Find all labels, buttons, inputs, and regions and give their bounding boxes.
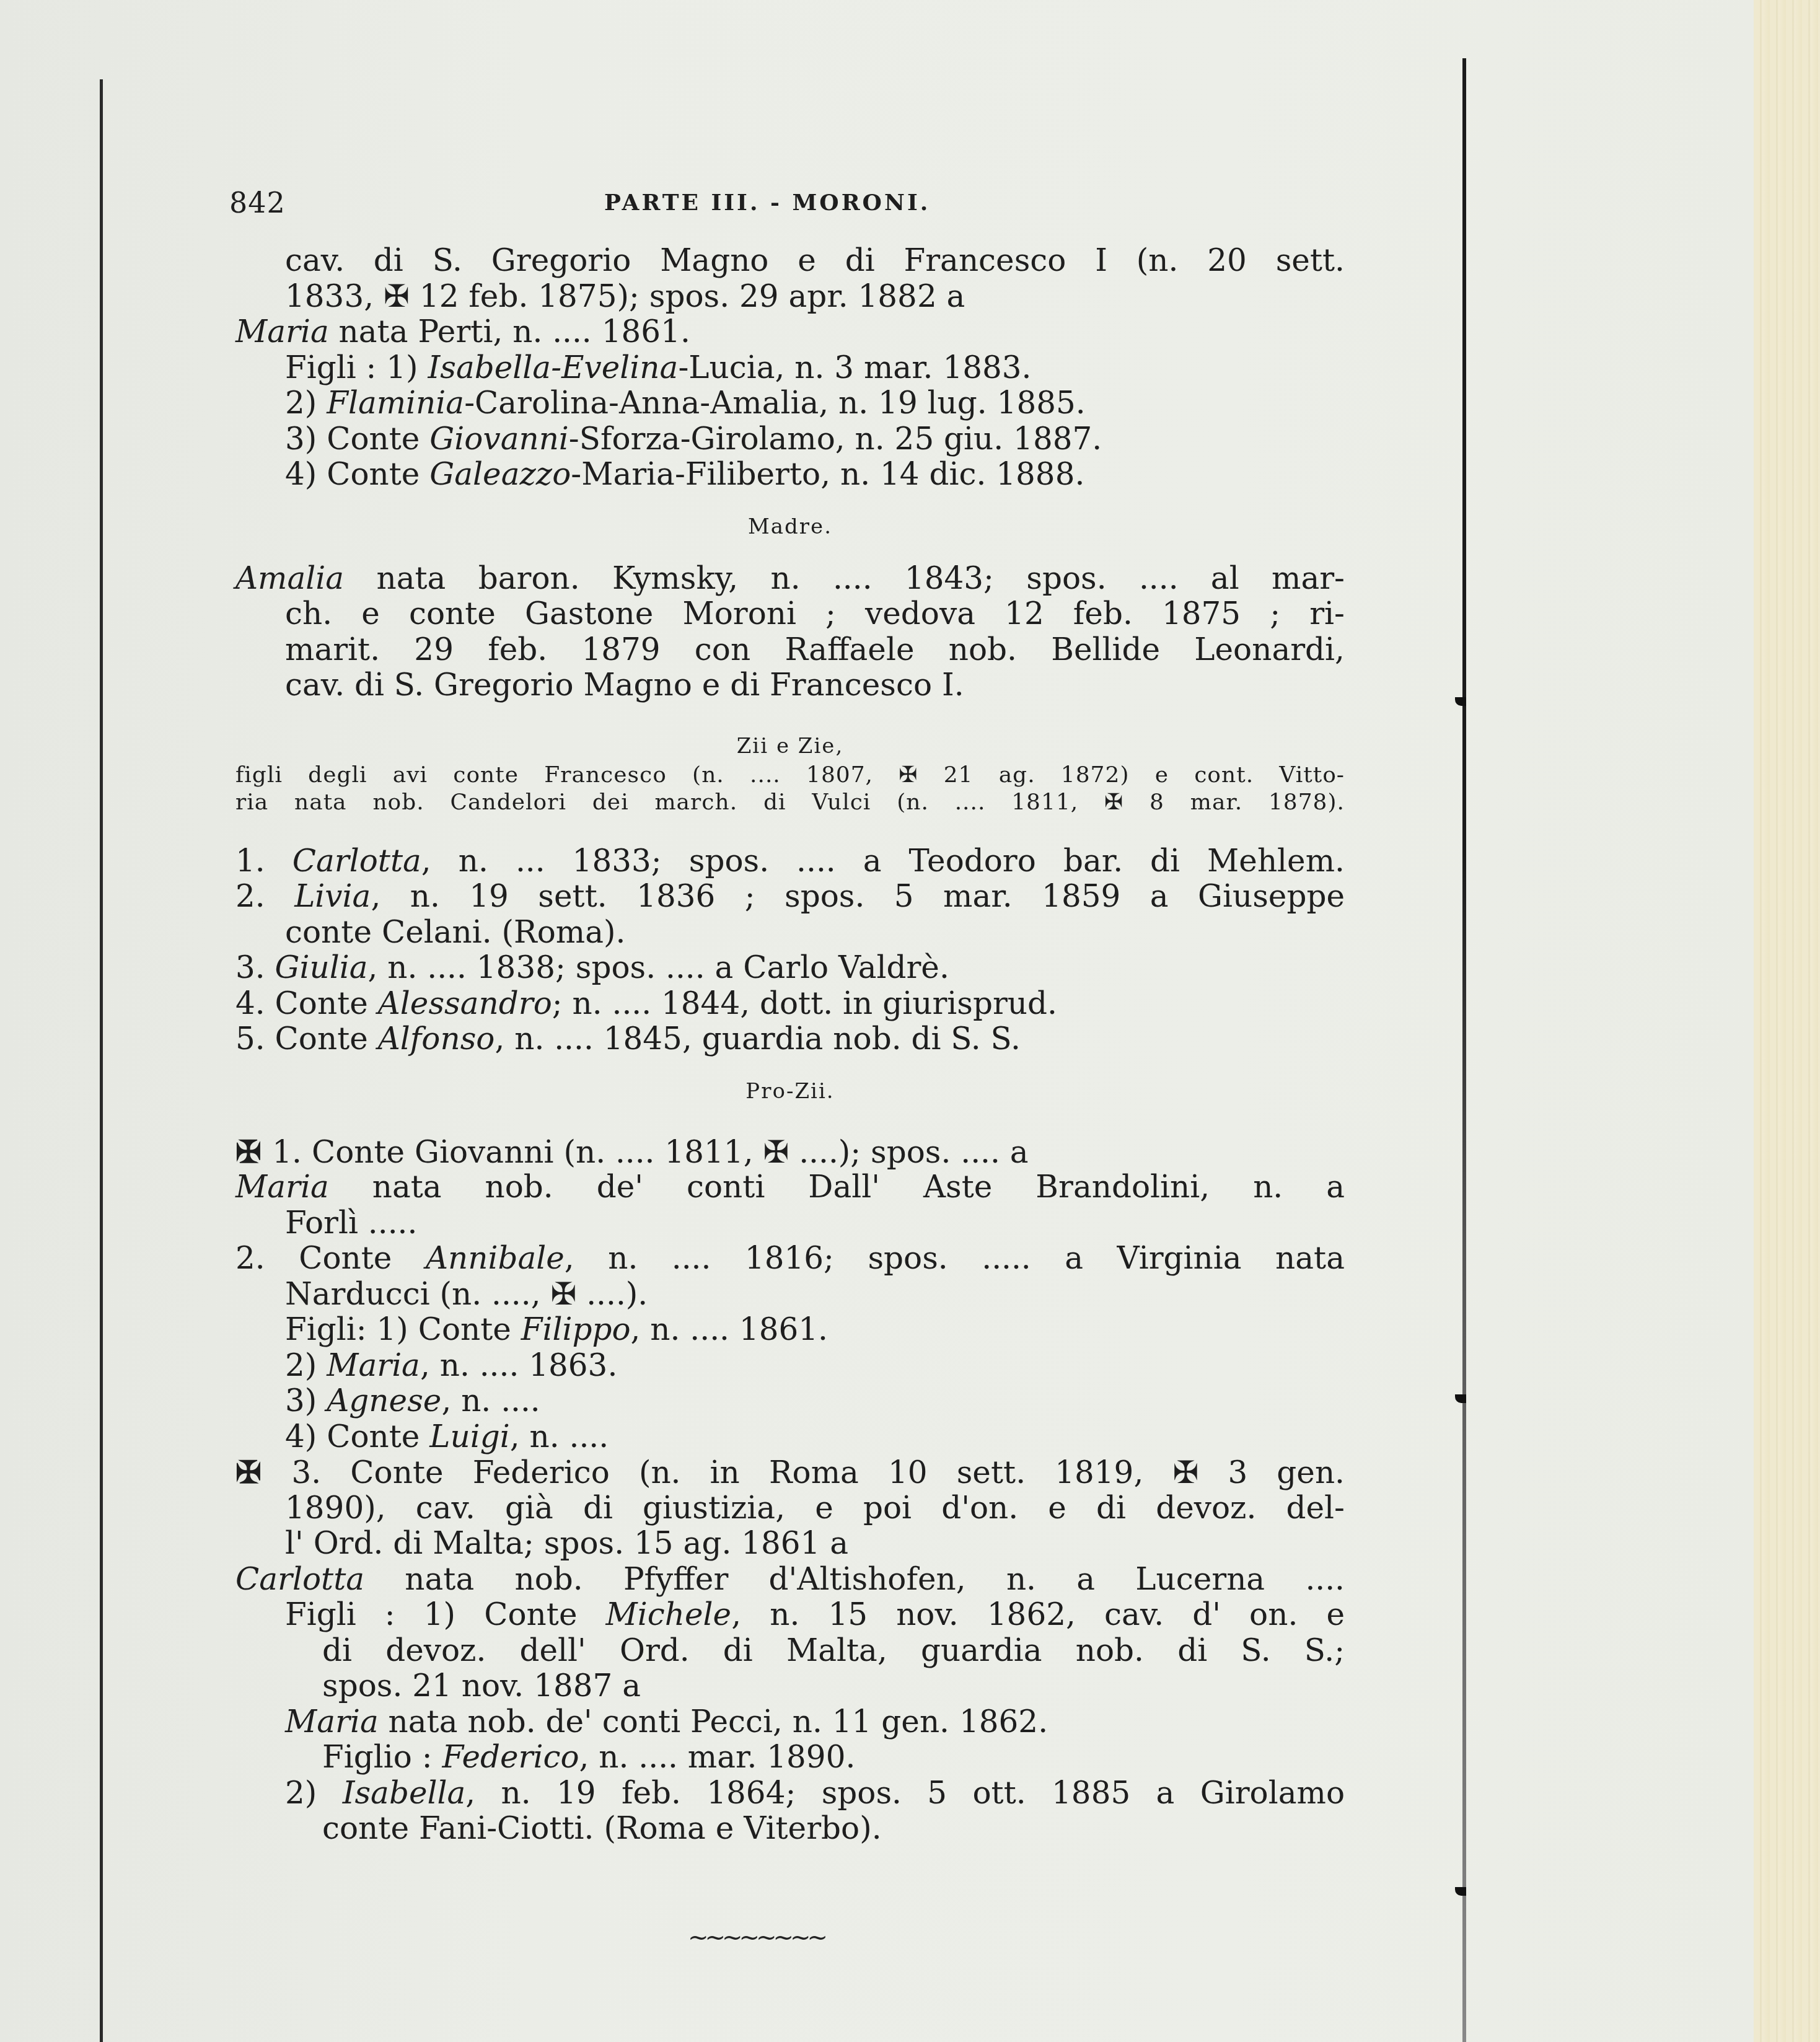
child-details: -Maria-Filiberto, n. 14 dic. 1888. [571, 456, 1084, 492]
text-line: conte Celani. (Roma). [235, 915, 1345, 951]
child-number: 2) [285, 1347, 327, 1383]
spouse-line: Maria nata nob. de' conti Pecci, n. 11 g… [235, 1704, 1345, 1740]
item-number: 2. [235, 1240, 299, 1276]
list-item: 3. Giulia, n. .... 1838; spos. .... a Ca… [235, 950, 1345, 986]
child-details: -Carolina-Anna-Amalia, n. 19 lug. 1885. [464, 385, 1086, 421]
text-line: ch. e conte Gastone Moroni ; vedova 12 f… [235, 596, 1345, 632]
spouse-line: Maria nata Perti, n. .... 1861. [235, 314, 1345, 350]
child-line: 3) Agnese, n. .... [235, 1383, 1345, 1419]
zii-intro-line: figli degli avi conte Francesco (n. ....… [235, 762, 1345, 789]
spouse-details: nata Perti, n. .... 1861. [329, 314, 690, 350]
text-line: spos. 21 nov. 1887 a [235, 1668, 1345, 1704]
child-number: 4) [285, 456, 327, 492]
child-number: 3) [285, 1383, 327, 1419]
margin-mark [1455, 1394, 1466, 1403]
text-line: 1890), cav. già di giustizia, e poi d'on… [235, 1490, 1345, 1526]
item-name: Carlotta [292, 843, 421, 879]
child-number: 4) [285, 1419, 327, 1454]
child-number: 1) [424, 1596, 484, 1632]
item-details: , n. ... 1833; spos. .... a Teodoro bar.… [421, 843, 1345, 879]
child-details: , n. 19 feb. 1864; spos. 5 ott. 1885 a G… [465, 1775, 1345, 1811]
spouse-name: Carlotta [235, 1561, 364, 1597]
text-line: l' Ord. di Malta; spos. 15 ag. 1861 a [235, 1526, 1345, 1562]
running-title: PARTE III. - MORONI. [604, 190, 930, 216]
page-number: 842 [229, 186, 286, 219]
left-margin-rule [100, 79, 103, 2042]
child-line: 2) Isabella, n. 19 feb. 1864; spos. 5 ot… [235, 1776, 1345, 1811]
item-name: Livia [294, 878, 371, 914]
list-item: 4. Conte Alessandro; n. .... 1844, dott.… [235, 986, 1345, 1022]
list-item: ✠ 3. Conte Federico (n. in Roma 10 sett.… [235, 1454, 1345, 1490]
book-edge [1754, 0, 1820, 2042]
child-line: Figli: 1) Conte Filippo, n. .... 1861. [235, 1312, 1345, 1348]
son-details: , n. .... mar. 1890. [579, 1739, 856, 1775]
margin-mark [1455, 697, 1466, 706]
text-line: Narducci (n. ...., ✠ ....). [235, 1277, 1345, 1313]
children-label: Figli: [285, 1311, 376, 1347]
spouse-details: nata nob. de' conti Pecci, n. 11 gen. 18… [379, 1704, 1048, 1740]
margin-mark [1455, 1887, 1466, 1896]
item-number: 5. [235, 1021, 275, 1057]
child-number: 2) [285, 385, 327, 421]
child-line: 4) Conte Galeazzo-Maria-Filiberto, n. 14… [235, 457, 1345, 493]
spouse-details: nata nob. Pfyffer d'Altishofen, n. a Luc… [364, 1561, 1345, 1597]
children-label: Figli : [285, 350, 386, 385]
child-name: Maria [327, 1347, 420, 1383]
child-details: , n. .... 1861. [631, 1311, 828, 1347]
child-line: 2) Flaminia-Carolina-Anna-Amalia, n. 19 … [235, 385, 1345, 421]
child-name: Galeazzo [429, 456, 571, 492]
son-label: Figlio : [322, 1739, 442, 1775]
list-item: 2. Conte Annibale, n. .... 1816; spos. .… [235, 1241, 1345, 1277]
item-details: , n. .... 1838; spos. .... a Carlo Valdr… [368, 949, 949, 985]
text-line: cav. di S. Gregorio Magno e di Francesco… [235, 667, 1345, 703]
deceased-cross-icon: ✠ [235, 1454, 292, 1490]
child-number: 3) [285, 421, 327, 457]
zii-intro-line: ria nata nob. Candelori dei march. di Vu… [235, 789, 1345, 816]
child-name: Filippo [521, 1311, 631, 1347]
section-heading-zii: Zii e Zie, [235, 731, 1345, 762]
child-details: , n. .... 1863. [420, 1347, 617, 1383]
section-heading-madre: Madre. [235, 511, 1345, 542]
child-name: Giovanni [429, 421, 569, 457]
child-details: , n. 15 nov. 1862, cav. d' on. e [731, 1596, 1345, 1632]
end-ornament: ~~~~~~~~ [688, 1923, 824, 1952]
item-name: Annibale [426, 1240, 565, 1276]
item-details: ; n. .... 1844, dott. in giurisprud. [552, 985, 1057, 1021]
child-name: Isabella-Evelina [428, 350, 679, 385]
spouse-name: Maria [285, 1704, 379, 1740]
child-line: 2) Maria, n. .... 1863. [235, 1348, 1345, 1384]
text-line: marit. 29 feb. 1879 con Raffaele nob. Be… [235, 632, 1345, 668]
spouse-name: Maria [235, 1169, 329, 1205]
text-line: Forlì ..... [235, 1205, 1345, 1241]
spouse-line: Carlotta nata nob. Pfyffer d'Altishofen,… [235, 1562, 1345, 1598]
body-text: cav. di S. Gregorio Magno e di Francesco… [235, 243, 1345, 1847]
mother-name: Amalia [235, 560, 344, 596]
list-item: ✠ 1. Conte Giovanni (n. .... 1811, ✠ ...… [235, 1134, 1345, 1170]
child-title: Conte [327, 1419, 429, 1454]
child-number: 2) [285, 1775, 343, 1811]
list-item: 5. Conte Alfonso, n. .... 1845, guardia … [235, 1021, 1345, 1057]
item-details: , n. .... 1816; spos. ..... a Virginia n… [565, 1240, 1345, 1276]
child-name: Luigi [429, 1419, 509, 1454]
child-name: Flaminia [327, 385, 464, 421]
child-title: Conte [484, 1596, 605, 1632]
child-details: , n. .... [510, 1419, 609, 1454]
item-name: Alfonso [378, 1021, 495, 1057]
son-name: Federico [442, 1739, 579, 1775]
child-number: 1) [376, 1311, 418, 1347]
child-name: Isabella [343, 1775, 466, 1811]
spouse-line: Maria nata nob. de' conti Dall' Aste Bra… [235, 1169, 1345, 1205]
text-line: cav. di S. Gregorio Magno e di Francesco… [235, 243, 1345, 279]
child-name: Agnese [327, 1383, 441, 1419]
child-line: Figli : 1) Isabella-Evelina-Lucia, n. 3 … [235, 350, 1345, 386]
item-number: 3. [235, 949, 275, 985]
item-details: 3. Conte Federico (n. in Roma 10 sett. 1… [292, 1454, 1345, 1490]
spouse-name: Maria [235, 314, 329, 350]
children-label: Figli : [285, 1596, 424, 1632]
child-number: 1) [386, 350, 428, 385]
child-title: Conte [418, 1311, 521, 1347]
right-margin-rule [1462, 58, 1466, 2042]
item-name: Giulia [275, 949, 368, 985]
item-number: 4. [235, 985, 275, 1021]
item-details: , n. .... 1845, guardia nob. di S. S. [495, 1021, 1021, 1057]
list-item: 1. Carlotta, n. ... 1833; spos. .... a T… [235, 843, 1345, 879]
item-title: Conte [275, 1021, 378, 1057]
running-header: 842 PARTE III. - MORONI. [229, 186, 1345, 223]
section-heading-prozii: Pro-Zii. [235, 1076, 1345, 1107]
item-name: Alessandro [378, 985, 552, 1021]
book-page: 842 PARTE III. - MORONI. cav. di S. Greg… [0, 0, 1754, 2042]
item-details: , n. 19 sett. 1836 ; spos. 5 mar. 1859 a… [371, 878, 1345, 914]
child-details: -Sforza-Girolamo, n. 25 giu. 1887. [569, 421, 1102, 457]
child-details: , n. .... [441, 1383, 540, 1419]
child-details: -Lucia, n. 3 mar. 1883. [678, 350, 1031, 385]
text-line: Amalia nata baron. Kymsky, n. .... 1843;… [235, 561, 1345, 597]
list-item: 2. Livia, n. 19 sett. 1836 ; spos. 5 mar… [235, 879, 1345, 915]
child-line: 4) Conte Luigi, n. .... [235, 1419, 1345, 1455]
text-line: di devoz. dell' Ord. di Malta, guardia n… [235, 1633, 1345, 1669]
child-name: Michele [606, 1596, 732, 1632]
child-line: Figli : 1) Conte Michele, n. 15 nov. 186… [235, 1597, 1345, 1633]
item-details: 1. Conte Giovanni (n. .... 1811, ✠ ....)… [272, 1134, 1028, 1170]
child-title: Conte [327, 421, 429, 457]
child-line: 3) Conte Giovanni-Sforza-Girolamo, n. 25… [235, 421, 1345, 457]
child-line: Figlio : Federico, n. .... mar. 1890. [235, 1740, 1345, 1776]
item-number: 1. [235, 843, 292, 879]
child-title: Conte [327, 456, 429, 492]
item-title: Conte [299, 1240, 426, 1276]
mother-details: nata baron. Kymsky, n. .... 1843; spos. … [344, 560, 1345, 596]
item-number: 2. [235, 878, 294, 914]
deceased-cross-icon: ✠ [235, 1133, 272, 1170]
spouse-details: nata nob. de' conti Dall' Aste Brandolin… [329, 1169, 1345, 1205]
item-title: Conte [275, 985, 378, 1021]
text-line: conte Fani-Ciotti. (Roma e Viterbo). [235, 1811, 1345, 1847]
text-line: 1833, ✠ 12 feb. 1875); spos. 29 apr. 188… [235, 279, 1345, 315]
